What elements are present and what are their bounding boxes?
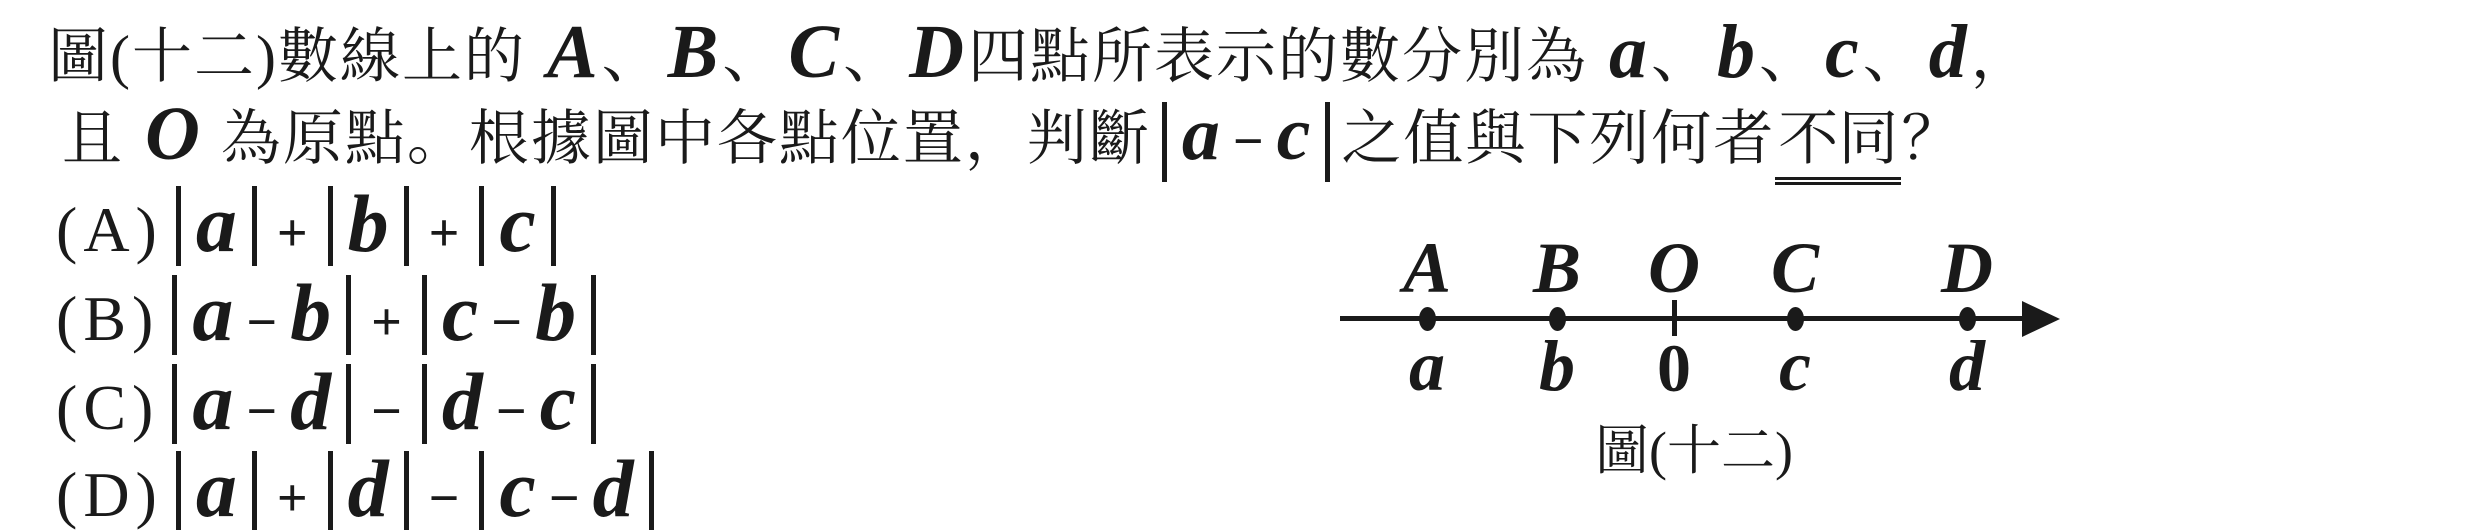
absolute-value-bar	[1325, 102, 1330, 182]
text-run: 、	[843, 27, 905, 87]
text-run: 、	[1863, 27, 1925, 87]
text-run: 、	[1759, 27, 1821, 87]
math-operator: +	[277, 471, 308, 525]
absolute-value-bar	[404, 451, 409, 530]
absolute-value-bar	[252, 451, 257, 530]
absolute-value-bar	[176, 186, 181, 266]
math-operator: −	[246, 384, 277, 438]
math-variable: a	[1182, 96, 1220, 172]
math-operator: −	[491, 295, 522, 349]
text-run: ？	[1901, 109, 1963, 169]
point-name-label: D	[1941, 232, 1993, 304]
math-variable: b	[535, 272, 576, 354]
text-run: 為原點。根據圖中各點位置，判斷	[204, 109, 1151, 169]
point-value-label: b	[1539, 330, 1575, 402]
absolute-value-bar	[591, 364, 596, 444]
math-variable: O	[145, 96, 200, 172]
math-operator: −	[549, 471, 580, 525]
absolute-value-bar	[479, 186, 484, 266]
math-variable: c	[1825, 14, 1859, 90]
math-operator: +	[277, 206, 308, 260]
absolute-value-bar	[479, 451, 484, 530]
math-operator: +	[429, 206, 460, 260]
option-row-C: (C)a−d−d−c	[56, 361, 607, 447]
double-underlined-text: 不同	[1775, 109, 1901, 185]
question-line-1: 圖(十二)數線上的 A、B、C、D四點所表示的數分別為 a、b、c、d，	[48, 14, 2033, 94]
point-name-label: C	[1771, 232, 1819, 304]
math-variable: b	[348, 183, 389, 265]
math-variable: a	[1609, 14, 1647, 90]
absolute-value-bar	[649, 451, 654, 530]
math-variable: a	[192, 361, 233, 443]
math-variable: a	[196, 448, 237, 530]
math-variable: A	[547, 14, 598, 90]
math-variable: a	[192, 272, 233, 354]
math-operator: −	[429, 471, 460, 525]
absolute-value-bar	[551, 186, 556, 266]
figure-caption: 圖(十二)	[1595, 424, 1793, 478]
absolute-value-bar	[176, 451, 181, 530]
math-variable: D	[909, 14, 964, 90]
option-label: (C)	[56, 376, 159, 440]
math-variable: d	[290, 361, 331, 443]
text-run: 、	[1651, 27, 1713, 87]
math-variable: d	[1929, 14, 1967, 90]
number-line-figure: AaBbO0CcDd 圖(十二)	[1340, 230, 2120, 530]
point-name-label: B	[1533, 232, 1581, 304]
text-run: ，	[1971, 27, 2033, 87]
math-variable: B	[668, 14, 719, 90]
math-variable: b	[290, 272, 331, 354]
text-run: 、	[722, 27, 784, 87]
absolute-value-bar	[252, 186, 257, 266]
number-line-axis	[1340, 316, 2032, 321]
absolute-value-bar	[328, 451, 333, 530]
math-variable: d	[442, 361, 483, 443]
absolute-value-bar	[422, 364, 427, 444]
question-line-2: 且 O 為原點。根據圖中各點位置，判斷a−c之值與下列何者不同？	[62, 96, 1963, 188]
option-label: (B)	[56, 287, 159, 351]
point-name-label: A	[1403, 232, 1451, 304]
option-row-A: (A)a+b+c	[56, 183, 567, 269]
option-row-B: (B)a−b+c−b	[56, 272, 607, 358]
absolute-value-bar	[591, 275, 596, 355]
text-run: 圖(十二)數線上的	[48, 27, 543, 87]
math-variable: d	[593, 448, 634, 530]
math-variable: C	[788, 14, 839, 90]
math-variable: c	[540, 361, 576, 443]
math-variable: c	[442, 272, 478, 354]
point-value-label: a	[1409, 330, 1445, 402]
absolute-value-bar	[404, 186, 409, 266]
absolute-value-bar	[346, 364, 351, 444]
math-variable: c	[499, 448, 535, 530]
option-label: (D)	[56, 463, 163, 527]
point-value-label: d	[1949, 330, 1985, 402]
math-operator: −	[1233, 114, 1264, 168]
math-variable: d	[348, 448, 389, 530]
absolute-value-bar	[172, 364, 177, 444]
arrowhead-icon	[2022, 301, 2060, 337]
absolute-value-bar	[328, 186, 333, 266]
math-variable: c	[499, 183, 535, 265]
point-value-label: 0	[1657, 334, 1691, 402]
math-operator: −	[371, 384, 402, 438]
option-label: (A)	[56, 198, 163, 262]
point-value-label: c	[1779, 330, 1811, 402]
math-operator: +	[371, 295, 402, 349]
text-run: 且	[62, 109, 141, 169]
math-variable: a	[196, 183, 237, 265]
point-name-label: O	[1648, 232, 1700, 304]
math-operator: −	[246, 295, 277, 349]
math-problem-page: 圖(十二)數線上的 A、B、C、D四點所表示的數分別為 a、b、c、d， 且 O…	[0, 0, 2470, 530]
absolute-value-bar	[346, 275, 351, 355]
option-row-D: (D)a+d−c−d	[56, 448, 665, 530]
text-run: 、	[602, 27, 664, 87]
math-variable: b	[1717, 14, 1755, 90]
math-operator: −	[496, 384, 527, 438]
math-variable: c	[1277, 96, 1311, 172]
absolute-value-bar	[172, 275, 177, 355]
absolute-value-bar	[1162, 102, 1167, 182]
text-run: 四點所表示的數分別為	[968, 27, 1605, 87]
text-run: 之值與下列何者	[1341, 109, 1775, 169]
absolute-value-bar	[422, 275, 427, 355]
